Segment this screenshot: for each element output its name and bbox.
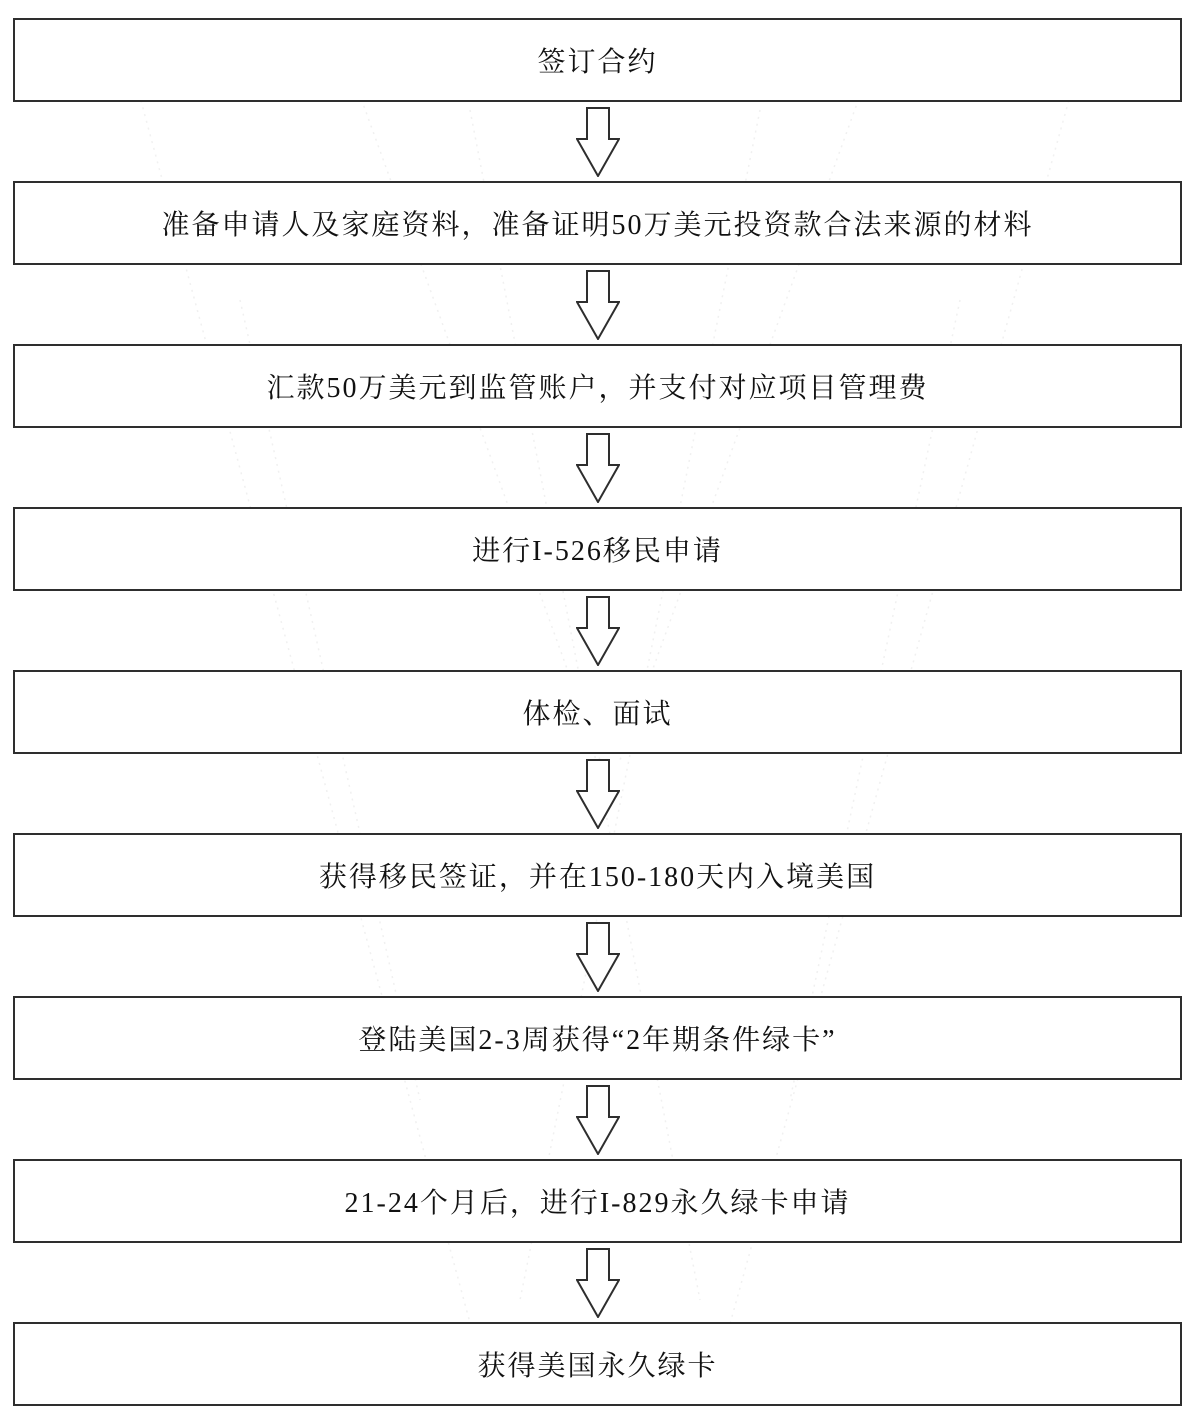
flow-step-label: 签订合约 — [537, 40, 657, 80]
flow-step-label: 获得美国永久绿卡 — [477, 1344, 717, 1384]
down-arrow-icon — [576, 759, 620, 829]
flow-step-remit-funds: 汇款50万美元到监管账户，并支付对应项目管理费 — [13, 344, 1182, 428]
down-arrow-icon — [576, 596, 620, 666]
flow-step-label: 体检、面试 — [522, 692, 672, 732]
flowchart-page: 签订合约 准备申请人及家庭资料，准备证明50万美元投资款合法来源的材料 汇款50… — [0, 0, 1200, 1417]
connector-row — [13, 1080, 1182, 1159]
connector-row — [13, 265, 1182, 344]
flow-step-immigrant-visa-entry: 获得移民签证，并在150-180天内入境美国 — [13, 833, 1182, 917]
connector-row — [13, 754, 1182, 833]
flow-step-i829-application: 21-24个月后，进行I-829永久绿卡申请 — [13, 1159, 1182, 1243]
connector-row — [13, 1243, 1182, 1322]
connector-row — [13, 428, 1182, 507]
flow-step-label: 进行I-526移民申请 — [472, 529, 723, 569]
flow-step-i526-application: 进行I-526移民申请 — [13, 507, 1182, 591]
flow-step-label: 登陆美国2-3周获得“2年期条件绿卡” — [358, 1018, 836, 1058]
flow-step-label: 汇款50万美元到监管账户，并支付对应项目管理费 — [266, 366, 928, 406]
down-arrow-icon — [576, 1085, 620, 1155]
connector-row — [13, 917, 1182, 996]
down-arrow-icon — [576, 270, 620, 340]
down-arrow-icon — [576, 922, 620, 992]
down-arrow-icon — [576, 1248, 620, 1318]
flowchart: 签订合约 准备申请人及家庭资料，准备证明50万美元投资款合法来源的材料 汇款50… — [13, 18, 1182, 1406]
down-arrow-icon — [576, 433, 620, 503]
flow-step-conditional-green-card: 登陆美国2-3周获得“2年期条件绿卡” — [13, 996, 1182, 1080]
down-arrow-icon — [576, 107, 620, 177]
flow-step-label: 21-24个月后，进行I-829永久绿卡申请 — [345, 1181, 851, 1221]
flow-step-label: 获得移民签证，并在150-180天内入境美国 — [319, 855, 876, 895]
flow-step-medical-interview: 体检、面试 — [13, 670, 1182, 754]
connector-row — [13, 102, 1182, 181]
flow-step-permanent-green-card: 获得美国永久绿卡 — [13, 1322, 1182, 1406]
connector-row — [13, 591, 1182, 670]
flow-step-prepare-documents: 准备申请人及家庭资料，准备证明50万美元投资款合法来源的材料 — [13, 181, 1182, 265]
flow-step-label: 准备申请人及家庭资料，准备证明50万美元投资款合法来源的材料 — [161, 203, 1033, 243]
flow-step-sign-contract: 签订合约 — [13, 18, 1182, 102]
